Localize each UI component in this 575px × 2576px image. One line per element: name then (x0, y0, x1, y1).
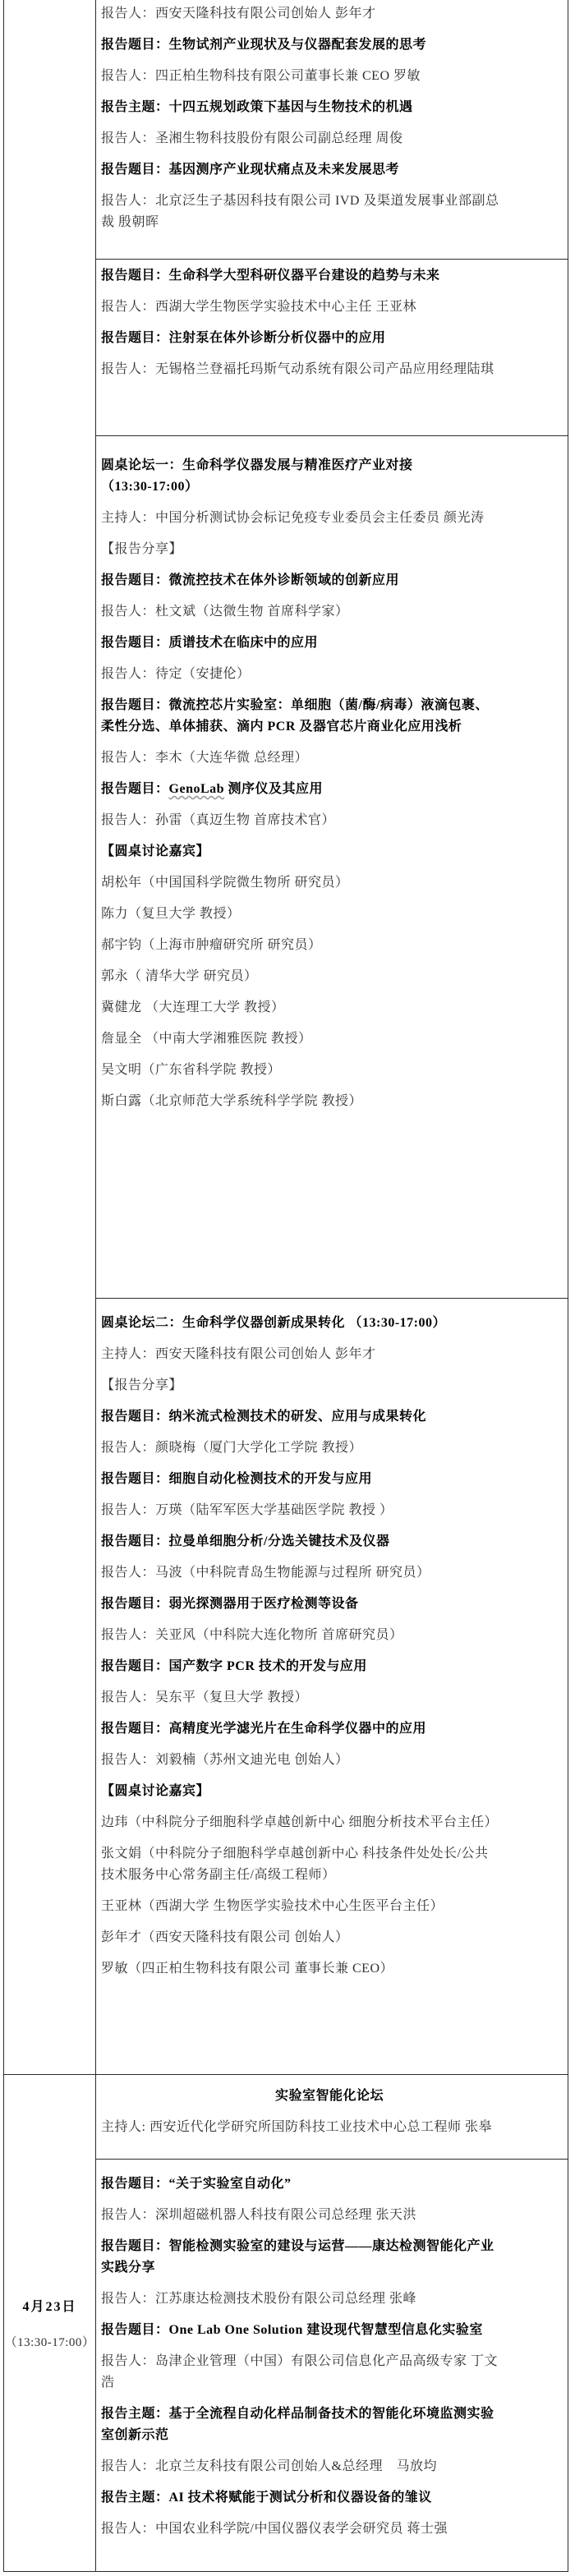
guest-name-line: 张文娟（中科院分子细胞科学卓越创新中心 科技条件处处长/公共 技术服务中心常务副… (101, 1843, 558, 1886)
speaker-line: 报告人：深圳超磁机器人科技有限公司总经理 张天洪 (101, 2205, 558, 2226)
guest-name-line: 吴文明（广东省科学院 教授） (101, 1060, 558, 1081)
share-section-label: 【报告分享】 (101, 539, 558, 560)
speaker-line: 报告人：马波（中科院青岛生物能源与过程所 研究员） (101, 1562, 558, 1584)
speaker-line: 报告人：待定（安捷伦） (101, 664, 558, 685)
report-title-line: 报告题目：微流控芯片实验室：单细胞（菌/酶/病毒）液滴包裹、 柔性分选、单体捕获… (101, 695, 558, 738)
table-bottom-border (3, 2571, 568, 2572)
report-title-line: 报告主题：十四五规划政策下基因与生物技术的机遇 (101, 97, 558, 118)
report-title-line: 报告题目：生命科学大型科研仪器平台建设的趋势与未来 (101, 265, 558, 287)
report-title-line: 报告题目：高精度光学滤光片在生命科学仪器中的应用 (101, 1718, 558, 1740)
guest-name-line: 边玮（中科院分子细胞科学卓越创新中心 细胞分析技术平台主任） (101, 1812, 558, 1833)
agenda-block-roundtable-1: 圆桌论坛一：生命科学仪器发展与精准医疗产业对接 （13:30-17:00）主持人… (96, 435, 568, 1298)
speaker-line: 报告人：四正柏生物科技有限公司董事长兼 CEO 罗敏 (101, 66, 558, 87)
speaker-line: 报告人：西湖大学生物医学实验技术中心主任 王亚林 (101, 297, 558, 318)
speaker-line: 报告人：刘毅楠（苏州文迪光电 创始人） (101, 1750, 558, 1771)
report-title-line: 报告题目：纳米流式检测技术的研发、应用与成果转化 (101, 1406, 558, 1428)
spellcheck-squiggle: GenoLab (169, 782, 225, 796)
guest-section-label: 【圆桌讨论嘉宾】 (101, 841, 558, 862)
guest-name-line: 詹显全 （中南大学湘雅医院 教授） (101, 1028, 558, 1050)
report-title-line: 报告题目：细胞自动化检测技术的开发与应用 (101, 1469, 558, 1490)
speaker-line: 报告人：杜文斌（达微生物 首席科学家） (101, 601, 558, 623)
report-title-line: 报告题目：生物试剂产业现状及与仪器配套发展的思考 (101, 34, 558, 56)
forum-title: 圆桌论坛二：生命科学仪器创新成果转化 （13:30-17:00） (101, 1313, 558, 1334)
agenda-block-smartlab-header: 实验室智能化论坛主持人: 西安近代化学研究所国防科技工业技术中心总工程师 张皋 (96, 2074, 568, 2159)
guest-name-line: 冀健龙 （大连理工大学 教授） (101, 997, 558, 1019)
speaker-line: 报告人：岛津企业管理（中国）有限公司信息化产品高级专家 丁文 浩 (101, 2351, 558, 2394)
report-title-line: 报告主题：基于全流程自动化样品制备技术的智能化环境监测实验 室创新示范 (101, 2403, 558, 2446)
guest-name-line: 罗敏（四正柏生物科技有限公司 董事长兼 CEO） (101, 1958, 558, 1980)
report-title-line: 报告题目：弱光探测器用于医疗检测等设备 (101, 1594, 558, 1615)
report-title-line: 报告题目：质谱技术在临床中的应用 (101, 632, 558, 654)
report-title-line: 报告题目：GenoLab 测序仪及其应用 (101, 779, 558, 800)
report-title-line: 报告题目：国产数字 PCR 技术的开发与应用 (101, 1656, 558, 1677)
date-cell: 4月23日 （13:30-17:00） (4, 2075, 95, 2571)
report-title-line: 报告题目：One Lab One Solution 建设现代智慧型信息化实验室 (101, 2320, 558, 2341)
report-title-line: 报告主题：AI 技术将赋能于测试分析和仪器设备的雏议 (101, 2487, 558, 2509)
speaker-line: 主持人：中国分析测试协会标记免疫专业委员会主任委员 颜光涛 (101, 508, 558, 529)
report-title-line: 报告题目：微流控技术在体外诊断领域的创新应用 (101, 570, 558, 591)
forum-title: 实验室智能化论坛 (101, 2086, 558, 2107)
report-title-line: 报告题目：拉曼单细胞分析/分选关键技术及仪器 (101, 1531, 558, 1552)
speaker-line: 报告人：北京泛生子基因科技有限公司 IVD 及渠道发展事业部副总 裁 殷朝晖 (101, 191, 558, 233)
speaker-line: 报告人：吴东平（复旦大学 教授） (101, 1687, 558, 1709)
report-title-line: 报告题目：注射泵在体外诊断分析仪器中的应用 (101, 328, 558, 349)
speaker-line: 报告人：孙雷（真迈生物 首席技术官） (101, 810, 558, 831)
session-date: 4月23日 (22, 2296, 76, 2315)
agenda-block-roundtable-2: 圆桌论坛二：生命科学仪器创新成果转化 （13:30-17:00）主持人：西安天隆… (96, 1298, 568, 2074)
speaker-line: 报告人：无锡格兰登福托玛斯气动系统有限公司产品应用经理陆琪 (101, 359, 558, 380)
agenda-block-smartlab-reports: 报告题目：“关于实验室自动化”报告人：深圳超磁机器人科技有限公司总经理 张天洪报… (96, 2159, 568, 2571)
speaker-line: 报告人：万瑛（陆军军医大学基础医学院 教授 ） (101, 1500, 558, 1521)
speaker-line: 报告人：关亚风（中科院大连化物所 首席研究员） (101, 1625, 558, 1646)
guest-name-line: 斯白露（北京师范大学系统科学学院 教授） (101, 1091, 558, 1112)
speaker-line: 报告人：颜晓梅（厦门大学化工学院 教授） (101, 1437, 558, 1459)
guest-name-line: 郝宇钧（上海市肿瘤研究所 研究员） (101, 935, 558, 956)
speaker-line: 报告人：中国农业科学院/中国仪器仪表学会研究员 蒋士强 (101, 2518, 558, 2540)
table-right-border (568, 0, 568, 2572)
session-time: （13:30-17:00） (5, 2333, 95, 2350)
agenda-block-reports-1: 报告人：西安天隆科技有限公司创始人 彭年才报告题目：生物试剂产业现状及与仪器配套… (96, 0, 568, 259)
guest-name-line: 彭年才（西安天隆科技有限公司 创始人） (101, 1927, 558, 1948)
report-title-line: 报告题目：“关于实验室自动化” (101, 2173, 558, 2195)
speaker-line: 报告人：李木（大连华微 总经理） (101, 747, 558, 769)
forum-title: 圆桌论坛一：生命科学仪器发展与精准医疗产业对接 （13:30-17:00） (101, 455, 558, 498)
report-title-line: 报告题目：智能检测实验室的建设与运营——康达检测智能化产业 实践分享 (101, 2236, 558, 2279)
speaker-line: 报告人：北京兰友科技有限公司创始人&总经理 马放均 (101, 2456, 558, 2477)
conference-agenda-table: 4月23日 （13:30-17:00） 报告人：西安天隆科技有限公司创始人 彭年… (0, 0, 575, 2576)
speaker-line: 主持人: 西安近代化学研究所国防科技工业技术中心总工程师 张皋 (101, 2117, 558, 2138)
guest-name-line: 胡松年（中国国科学院微生物所 研究员） (101, 872, 558, 894)
guest-section-label: 【圆桌讨论嘉宾】 (101, 1781, 558, 1802)
guest-name-line: 陈力（复旦大学 教授） (101, 904, 558, 925)
share-section-label: 【报告分享】 (101, 1375, 558, 1396)
agenda-block-reports-2: 报告题目：生命科学大型科研仪器平台建设的趋势与未来报告人：西湖大学生物医学实验技… (96, 259, 568, 435)
guest-name-line: 王亚林（西湖大学 生物医学实验技术中心生医平台主任） (101, 1896, 558, 1917)
report-title-line: 报告题目：基因测序产业现状痛点及未来发展思考 (101, 159, 558, 181)
speaker-line: 报告人：西安天隆科技有限公司创始人 彭年才 (101, 3, 558, 25)
speaker-line: 报告人：江苏康达检测技术股份有限公司总经理 张峰 (101, 2288, 558, 2310)
speaker-line: 主持人：西安天隆科技有限公司创始人 彭年才 (101, 1344, 558, 1365)
guest-name-line: 郭永（ 清华大学 研究员） (101, 966, 558, 987)
speaker-line: 报告人：圣湘生物科技股份有限公司副总经理 周俊 (101, 128, 558, 149)
